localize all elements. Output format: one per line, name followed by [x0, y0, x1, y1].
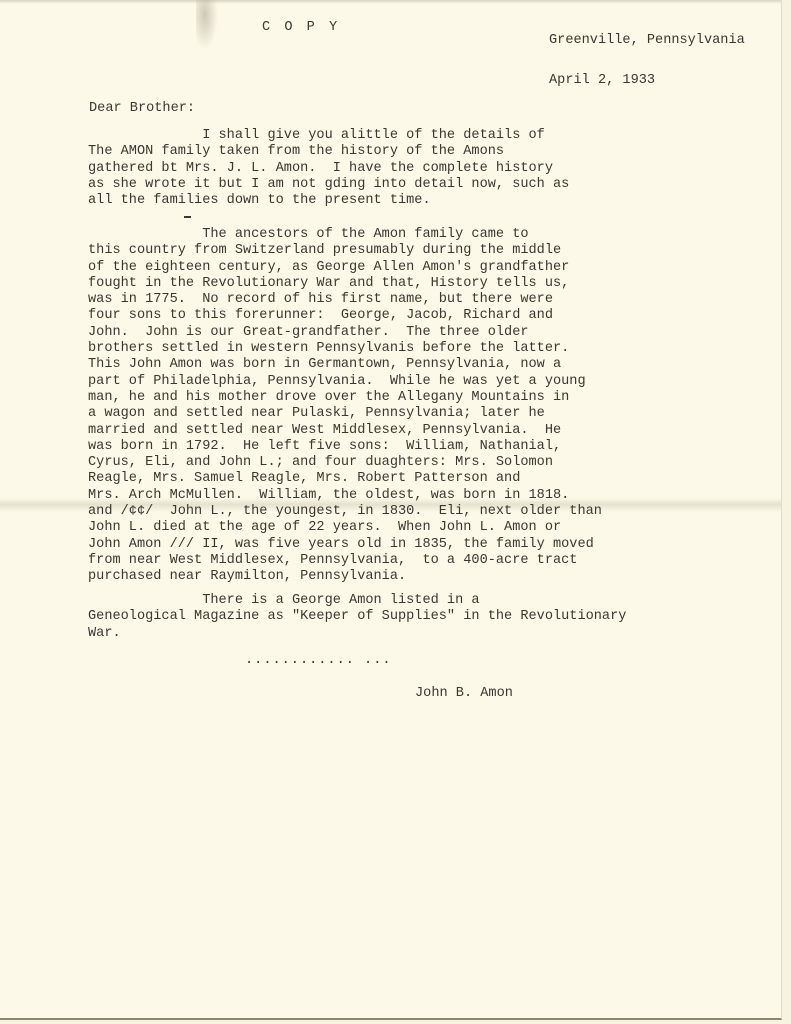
top-edge-shadow [0, 0, 781, 4]
paper-tear-mark [196, 0, 218, 50]
text-line: four sons to this forerunner: George, Ja… [88, 308, 648, 324]
text-line: Mrs. Arch McMullen. William, the oldest,… [88, 488, 648, 504]
paragraph-3: There is a George Amon listed in a Geneo… [88, 593, 648, 642]
text-line: gathered bt Mrs. J. L. Amon. I have the … [88, 161, 648, 177]
text-line: Reagle, Mrs. Samuel Reagle, Mrs. Robert … [88, 471, 648, 487]
text-line: from near West Middlesex, Pennsylvania, … [88, 553, 648, 569]
text-line: as she wrote it but I am not gding into … [88, 177, 648, 193]
text-line: fought in the Revolutionary War and that… [88, 276, 648, 292]
text-line: all the families down to the present tim… [88, 193, 648, 209]
text-line: Cyrus, Eli, and John L.; and four duaght… [88, 455, 648, 471]
text-line: The AMON family taken from the history o… [88, 144, 648, 160]
text-line: was born in 1792. He left five sons: Wil… [88, 439, 648, 455]
text-line: this country from Switzerland presumably… [88, 243, 648, 259]
stray-mark [184, 216, 191, 218]
signature: John B. Amon [415, 686, 513, 702]
text-line: brothers settled in western Pennsylvanis… [88, 341, 648, 357]
text-line: married and settled near West Middlesex,… [88, 423, 648, 439]
text-line: I shall give you alittle of the details … [88, 128, 648, 144]
salutation: Dear Brother: [89, 101, 195, 117]
text-line: Geneological Magazine as "Keeper of Supp… [88, 609, 648, 625]
text-line: John. John is our Great-grandfather. The… [88, 325, 648, 341]
text-line: man, he and his mother drove over the Al… [88, 390, 648, 406]
text-line: This John Amon was born in Germantown, P… [88, 357, 648, 373]
text-line: a wagon and settled near Pulaski, Pennsy… [88, 406, 648, 422]
text-line: part of Philadelphia, Pennsylvania. Whil… [88, 374, 648, 390]
separator-dots: ............ ... [245, 653, 392, 669]
letter-page: C O P Y Greenville, Pennsylvania April 2… [0, 0, 782, 1020]
text-line: of the eighteen century, as George Allen… [88, 260, 648, 276]
copy-mark: C O P Y [262, 20, 340, 36]
text-line: was in 1775. No record of his first name… [88, 292, 648, 308]
paragraph-2: The ancestors of the Amon family came to… [88, 227, 648, 586]
paragraph-1: I shall give you alittle of the details … [88, 128, 648, 209]
text-line: John L. died at the age of 22 years. Whe… [88, 520, 648, 536]
text-line: The ancestors of the Amon family came to [88, 227, 648, 243]
letter-date: April 2, 1933 [549, 73, 655, 89]
text-line: There is a George Amon listed in a [88, 593, 648, 609]
letter-place: Greenville, Pennsylvania [549, 33, 745, 49]
text-line: purchased near Raymilton, Pennsylvania. [88, 569, 648, 585]
text-line: War. [88, 626, 648, 642]
text-line: and /¢¢/ John L., the youngest, in 1830.… [88, 504, 648, 520]
text-line: John Amon /// II, was five years old in … [88, 537, 648, 553]
